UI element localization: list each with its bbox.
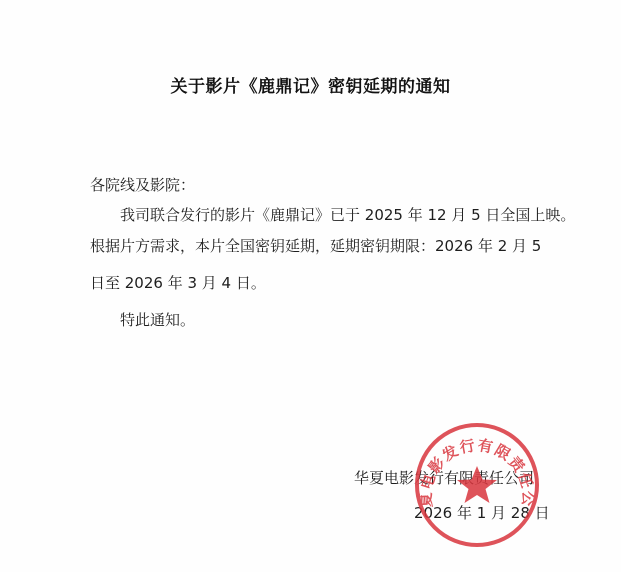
signature-company: 华夏电影发行有限责任公司 xyxy=(354,468,534,488)
closing-text: 特此通知。 xyxy=(120,310,195,330)
document-page: 关于影片《鹿鼎记》密钥延期的通知 各院线及影院： 我司联合发行的影片《鹿鼎记》已… xyxy=(0,0,621,572)
body-line-2: 根据片方需求，本片全国密钥延期，延期密钥期限：2026 年 2 月 5 xyxy=(90,236,541,256)
salutation: 各院线及影院： xyxy=(90,175,195,195)
body-line-3: 日至 2026 年 3 月 4 日。 xyxy=(90,273,266,293)
signature-date: 2026 年 1 月 28 日 xyxy=(414,503,550,523)
document-title: 关于影片《鹿鼎记》密钥延期的通知 xyxy=(0,72,621,97)
body-line-1: 我司联合发行的影片《鹿鼎记》已于 2025 年 12 月 5 日全国上映。 xyxy=(120,205,575,225)
stamp-text: 华夏电影发行有限责任公司 xyxy=(412,421,537,508)
